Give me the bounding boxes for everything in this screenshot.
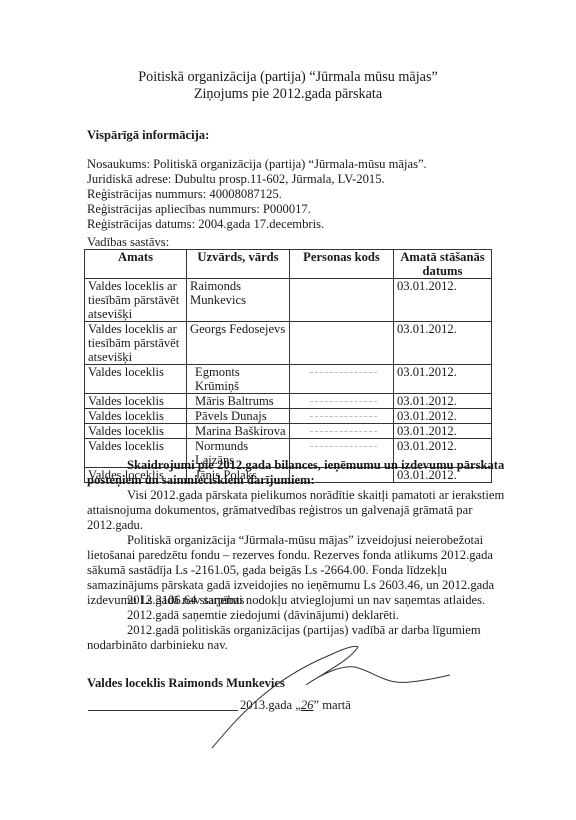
info-address: Juridiskā adrese: Dubultu prosp.11-602, …	[87, 172, 427, 187]
title-line-1: Poitiskā organizācija (partija) “Jūrmala…	[0, 69, 576, 86]
table-row: Valdes loceklis ar tiesībām pārstāvēt at…	[85, 322, 492, 365]
col-personal-code: Personas kods	[290, 250, 394, 279]
cell-personal-code	[290, 279, 394, 322]
info-name: Nosaukums: Politiskā organizācija (parti…	[87, 157, 427, 172]
signer-name: Valdes loceklis Raimonds Munkevics	[87, 676, 285, 691]
cell-personal-code	[290, 365, 394, 394]
table-header-row: Amats Uzvārds, vārds Personas kods Amatā…	[85, 250, 492, 279]
cell-name: Egmonts Krūmiņš	[187, 365, 290, 394]
cell-position: Valdes loceklis	[85, 424, 187, 439]
cell-name: Georgs Fedosejevs	[187, 322, 290, 365]
signature-date: 2013.gada „26” martā	[240, 698, 351, 713]
date-prefix: 2013.gada „	[240, 698, 301, 712]
explanation-paragraph: Visi 2012.gada pārskata pielikumos norād…	[87, 488, 507, 533]
col-start-date: Amatā stāšanās datums	[394, 250, 492, 279]
cell-start-date: 03.01.2012.	[394, 322, 492, 365]
cell-start-date: 03.01.2012.	[394, 409, 492, 424]
cell-personal-code	[290, 322, 394, 365]
cell-position: Valdes loceklis	[85, 394, 187, 409]
cell-personal-code	[290, 394, 394, 409]
cell-name: Raimonds Munkevics	[187, 279, 290, 322]
title-line-2: Ziņojums pie 2012.gada pārskata	[0, 86, 576, 103]
explanation-paragraph: 2012.gadā saņemtie ziedojumi (dāvinājumi…	[87, 608, 507, 623]
info-reg-number: Reģistrācijas nummurs: 40008087125.	[87, 187, 427, 202]
cell-position: Valdes loceklis ar tiesībām pārstāvēt at…	[85, 279, 187, 322]
cell-start-date: 03.01.2012.	[394, 424, 492, 439]
table-row: Valdes loceklis Marina Baškirova 03.01.2…	[85, 424, 492, 439]
cell-start-date: 03.01.2012.	[394, 365, 492, 394]
signature-line	[88, 710, 238, 711]
table-row: Valdes loceklis ar tiesībām pārstāvēt at…	[85, 279, 492, 322]
date-day: 26	[301, 698, 314, 712]
explanations-heading: Skaidrojumi pie 2012.gada bilances, ieņē…	[87, 458, 507, 488]
explanation-paragraph: 2012.gadā politiskās organizācijas (part…	[87, 623, 507, 653]
table-row: Valdes loceklis Egmonts Krūmiņš 03.01.20…	[85, 365, 492, 394]
col-position: Amats	[85, 250, 187, 279]
cell-personal-code	[290, 424, 394, 439]
cell-position: Valdes loceklis	[85, 365, 187, 394]
cell-name: Pāvels Dunajs	[187, 409, 290, 424]
management-label: Vadības sastāvs:	[87, 235, 169, 250]
cell-position: Valdes loceklis	[85, 409, 187, 424]
general-info-block: Nosaukums: Politiskā organizācija (parti…	[87, 157, 427, 232]
cell-name: Māris Baltrums	[187, 394, 290, 409]
col-name: Uzvārds, vārds	[187, 250, 290, 279]
cell-name: Marina Baškirova	[187, 424, 290, 439]
date-suffix: ” martā	[313, 698, 350, 712]
table-row: Valdes loceklis Māris Baltrums 03.01.201…	[85, 394, 492, 409]
explanation-paragraph: 2012.gadā nav saņemti nodokļu atviegloju…	[87, 593, 507, 608]
cell-personal-code	[290, 409, 394, 424]
info-cert-number: Reģistrācijas apliecības nummurs: P00001…	[87, 202, 427, 217]
info-reg-date: Reģistrācijas datums: 2004.gada 17.decem…	[87, 217, 427, 232]
cell-start-date: 03.01.2012.	[394, 279, 492, 322]
cell-position: Valdes loceklis ar tiesībām pārstāvēt at…	[85, 322, 187, 365]
general-info-heading: Vispārīgā informācija:	[87, 128, 209, 143]
cell-start-date: 03.01.2012.	[394, 394, 492, 409]
table-row: Valdes loceklis Pāvels Dunajs 03.01.2012…	[85, 409, 492, 424]
management-table: Amats Uzvārds, vārds Personas kods Amatā…	[84, 249, 492, 483]
